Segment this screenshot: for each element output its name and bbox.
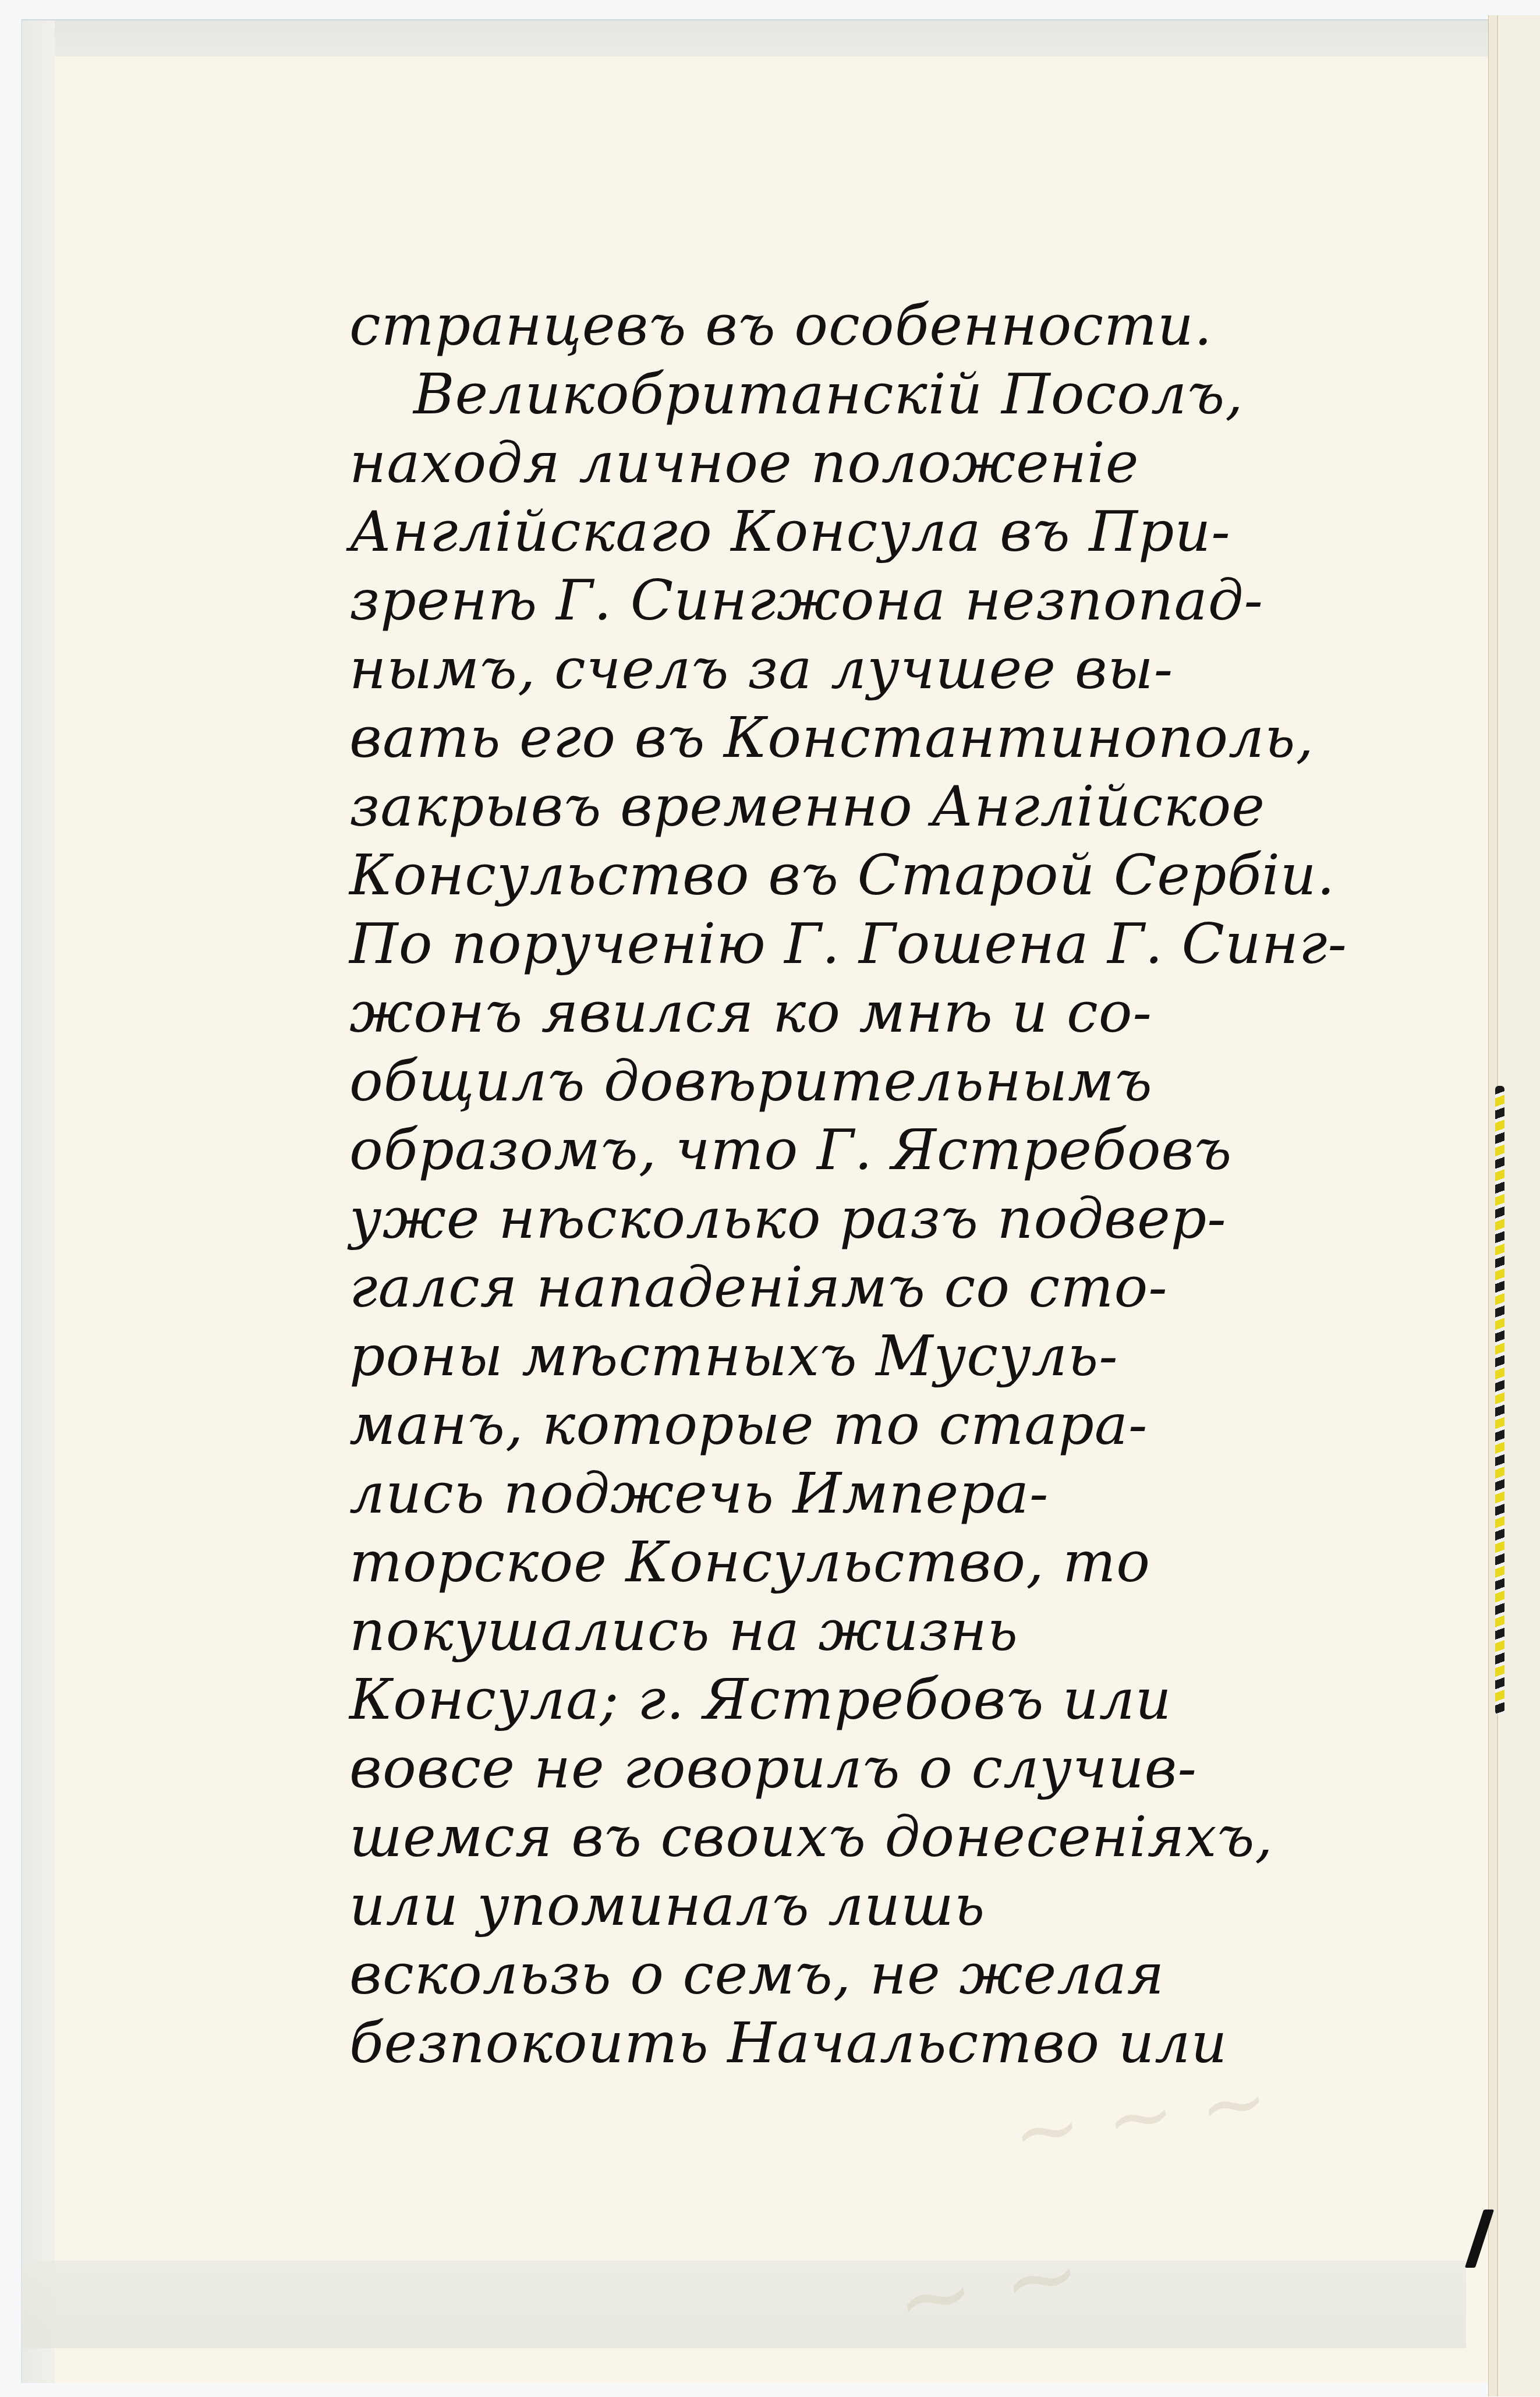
text-line: роны мѣстныхъ Мусуль-	[349, 1322, 1514, 1390]
text-line: шемся въ своихъ донесеніяхъ,	[349, 1803, 1514, 1871]
text-line: образомъ, что Г. Ястребовъ	[349, 1116, 1514, 1184]
manuscript-text: странцевъ въ особенности. Великобританск…	[349, 291, 1514, 2077]
text-line: Великобританскій Посолъ,	[349, 360, 1514, 429]
text-line: лись поджечь Импера-	[349, 1459, 1514, 1528]
text-line: жонъ явился ко мнѣ и со-	[349, 978, 1514, 1047]
text-line: вовсе не говорилъ о случив-	[349, 1734, 1514, 1803]
text-line: находя личное положеніе	[349, 429, 1514, 497]
text-line: или упоминалъ лишь	[349, 1871, 1514, 1940]
text-line: безпокоить Начальство или	[349, 2009, 1514, 2077]
text-line: По порученію Г. Гошена Г. Синг-	[349, 909, 1514, 978]
text-line: вскользь о семъ, не желая	[349, 1940, 1514, 2009]
text-line: уже нѣсколько разъ подвер-	[349, 1184, 1514, 1253]
text-line: Консула; г. Ястребовъ или	[349, 1665, 1514, 1734]
text-line: странцевъ въ особенности.	[349, 291, 1514, 360]
text-line: манъ, которые то стара-	[349, 1390, 1514, 1459]
text-line: Англійскаго Консула въ При-	[349, 497, 1514, 566]
text-line: нымъ, счелъ за лучшее вы-	[349, 635, 1514, 703]
bottom-margin-band	[22, 2261, 1466, 2348]
top-margin-band	[22, 20, 1488, 56]
text-line: вать его въ Константинополь,	[349, 703, 1514, 772]
text-line: Консульство въ Старой Сербіи.	[349, 841, 1514, 909]
text-line: торское Консульство, то	[349, 1528, 1514, 1596]
text-line: зренѣ Г. Сингжона незпопад-	[349, 566, 1514, 635]
left-margin-band	[22, 20, 55, 2383]
archive-stamp: Х 3447	[1240, 58, 1461, 175]
text-line: закрывъ временно Англійское	[349, 772, 1514, 841]
text-line: гался нападеніямъ со сто-	[349, 1253, 1514, 1322]
text-line: общилъ довѣрительнымъ	[349, 1047, 1514, 1116]
text-line: покушались на жизнь	[349, 1596, 1514, 1665]
